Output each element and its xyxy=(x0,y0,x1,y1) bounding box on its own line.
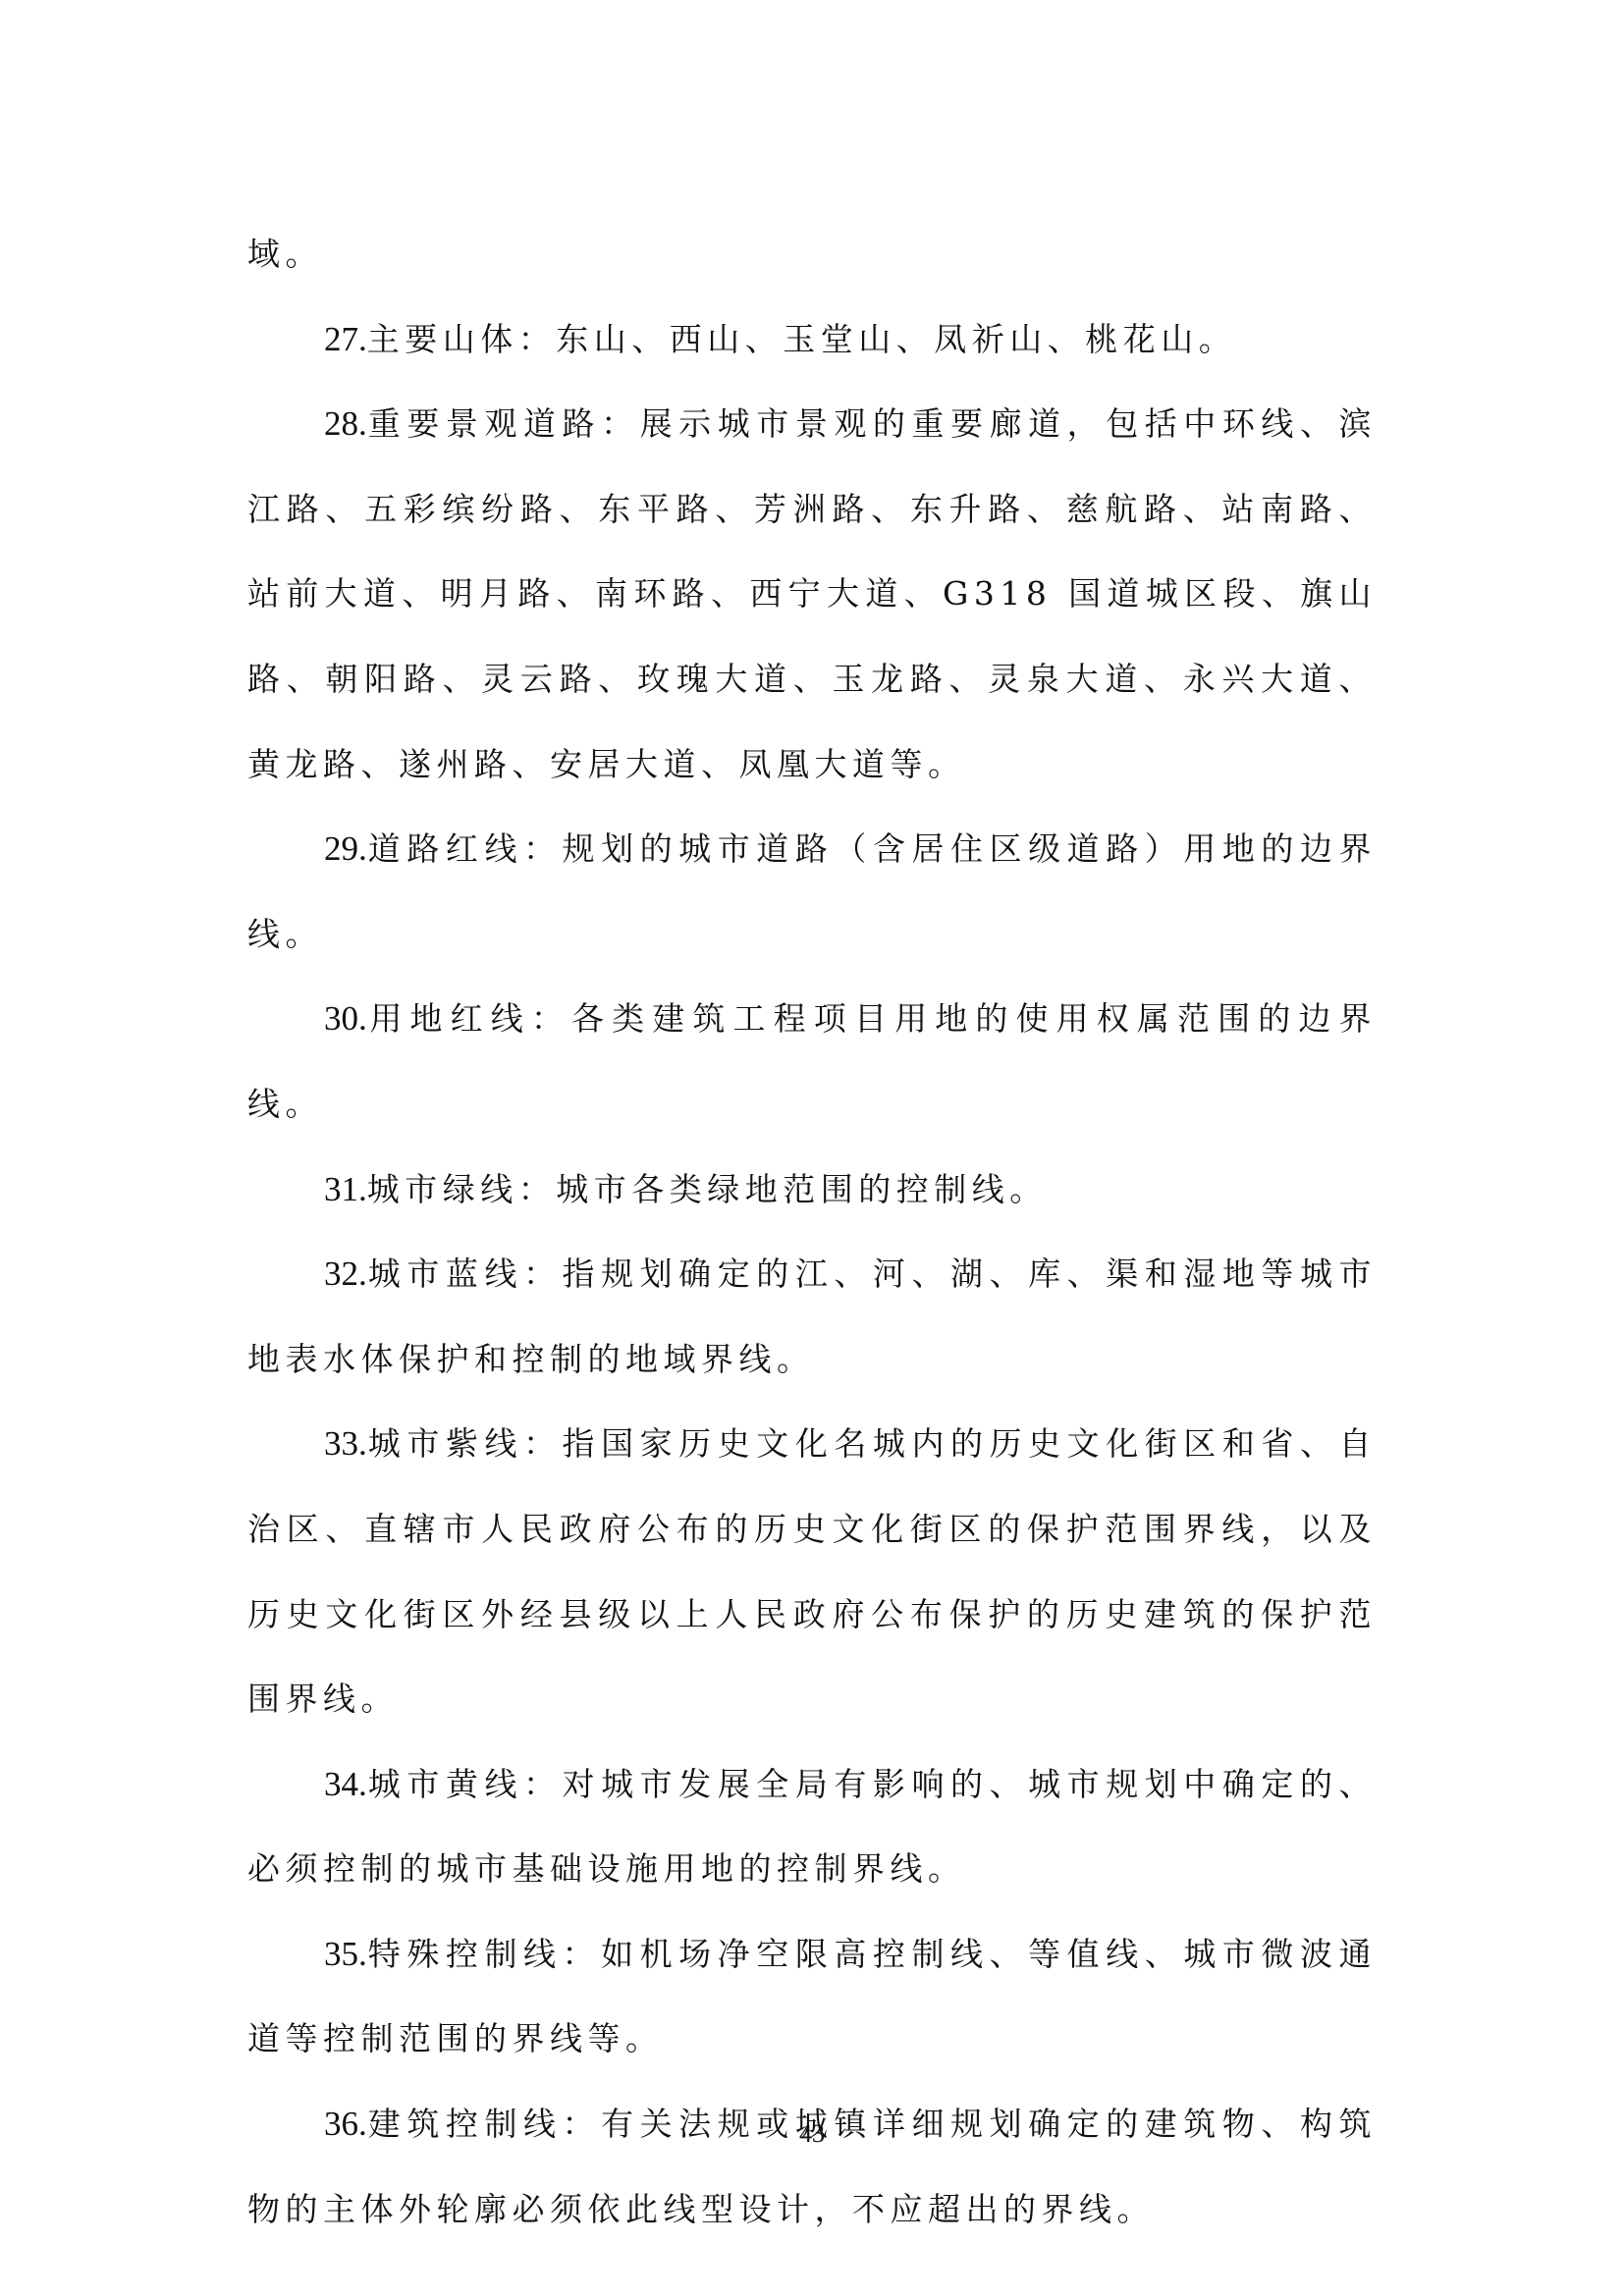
item-text: 城市绿线：城市各类绿地范围的控制线。 xyxy=(367,1170,1048,1208)
definition-item-27: 27.主要山体：东山、西山、玉堂山、凤祈山、桃花山。 xyxy=(247,297,1377,383)
item-number: 30. xyxy=(324,999,367,1038)
item-text: 城市紫线：指国家历史文化名城内的历史文化街区和省、自治区、直辖市人民政府公布的历… xyxy=(247,1424,1377,1718)
item-number: 27. xyxy=(324,320,367,358)
item-text: 城市黄线：对城市发展全局有影响的、城市规划中确定的、必须控制的城市基础设施用地的… xyxy=(247,1765,1377,1889)
item-number: 29. xyxy=(324,829,367,868)
definition-item-35: 35.特殊控制线：如机场净空限高控制线、等值线、城市微波通道等控制范围的界线等。 xyxy=(247,1912,1377,2082)
item-number: 33. xyxy=(324,1424,367,1463)
page-number: 43 xyxy=(0,2119,1624,2149)
definition-item-28: 28.重要景观道路：展示城市景观的重要廊道，包括中环线、滨江路、五彩缤纷路、东平… xyxy=(247,382,1377,807)
continuation-paragraph: 域。 xyxy=(247,212,1377,297)
item-text: 主要山体：东山、西山、玉堂山、凤祈山、桃花山。 xyxy=(367,320,1237,358)
item-number: 35. xyxy=(324,1935,367,1973)
item-number: 32. xyxy=(324,1255,367,1293)
item-text: 用地红线：各类建筑工程项目用地的使用权属范围的边界线。 xyxy=(247,999,1377,1123)
definition-item-30: 30.用地红线：各类建筑工程项目用地的使用权属范围的边界线。 xyxy=(247,977,1377,1147)
definition-item-31: 31.城市绿线：城市各类绿地范围的控制线。 xyxy=(247,1148,1377,1233)
document-page-body: 域。 27.主要山体：东山、西山、玉堂山、凤祈山、桃花山。 28.重要景观道路：… xyxy=(247,212,1377,2252)
item-number: 34. xyxy=(324,1765,367,1803)
item-number: 28. xyxy=(324,404,367,443)
definition-item-32: 32.城市蓝线：指规划确定的江、河、湖、库、渠和湿地等城市地表水体保护和控制的地… xyxy=(247,1232,1377,1402)
item-text: 城市蓝线：指规划确定的江、河、湖、库、渠和湿地等城市地表水体保护和控制的地域界线… xyxy=(247,1255,1377,1378)
item-number: 31. xyxy=(324,1170,367,1208)
item-text: 重要景观道路：展示城市景观的重要廊道，包括中环线、滨江路、五彩缤纷路、东平路、芳… xyxy=(247,404,1377,782)
definition-item-34: 34.城市黄线：对城市发展全局有影响的、城市规划中确定的、必须控制的城市基础设施… xyxy=(247,1742,1377,1912)
definition-item-36: 36.建筑控制线：有关法规或城镇详细规划确定的建筑物、构筑物的主体外轮廓必须依此… xyxy=(247,2082,1377,2252)
item-text: 特殊控制线：如机场净空限高控制线、等值线、城市微波通道等控制范围的界线等。 xyxy=(247,1935,1377,2058)
item-text: 道路红线：规划的城市道路（含居住区级道路）用地的边界线。 xyxy=(247,829,1377,953)
definition-item-29: 29.道路红线：规划的城市道路（含居住区级道路）用地的边界线。 xyxy=(247,807,1377,977)
definition-item-33: 33.城市紫线：指国家历史文化名城内的历史文化街区和省、自治区、直辖市人民政府公… xyxy=(247,1402,1377,1741)
paragraph-text: 域。 xyxy=(247,235,323,273)
